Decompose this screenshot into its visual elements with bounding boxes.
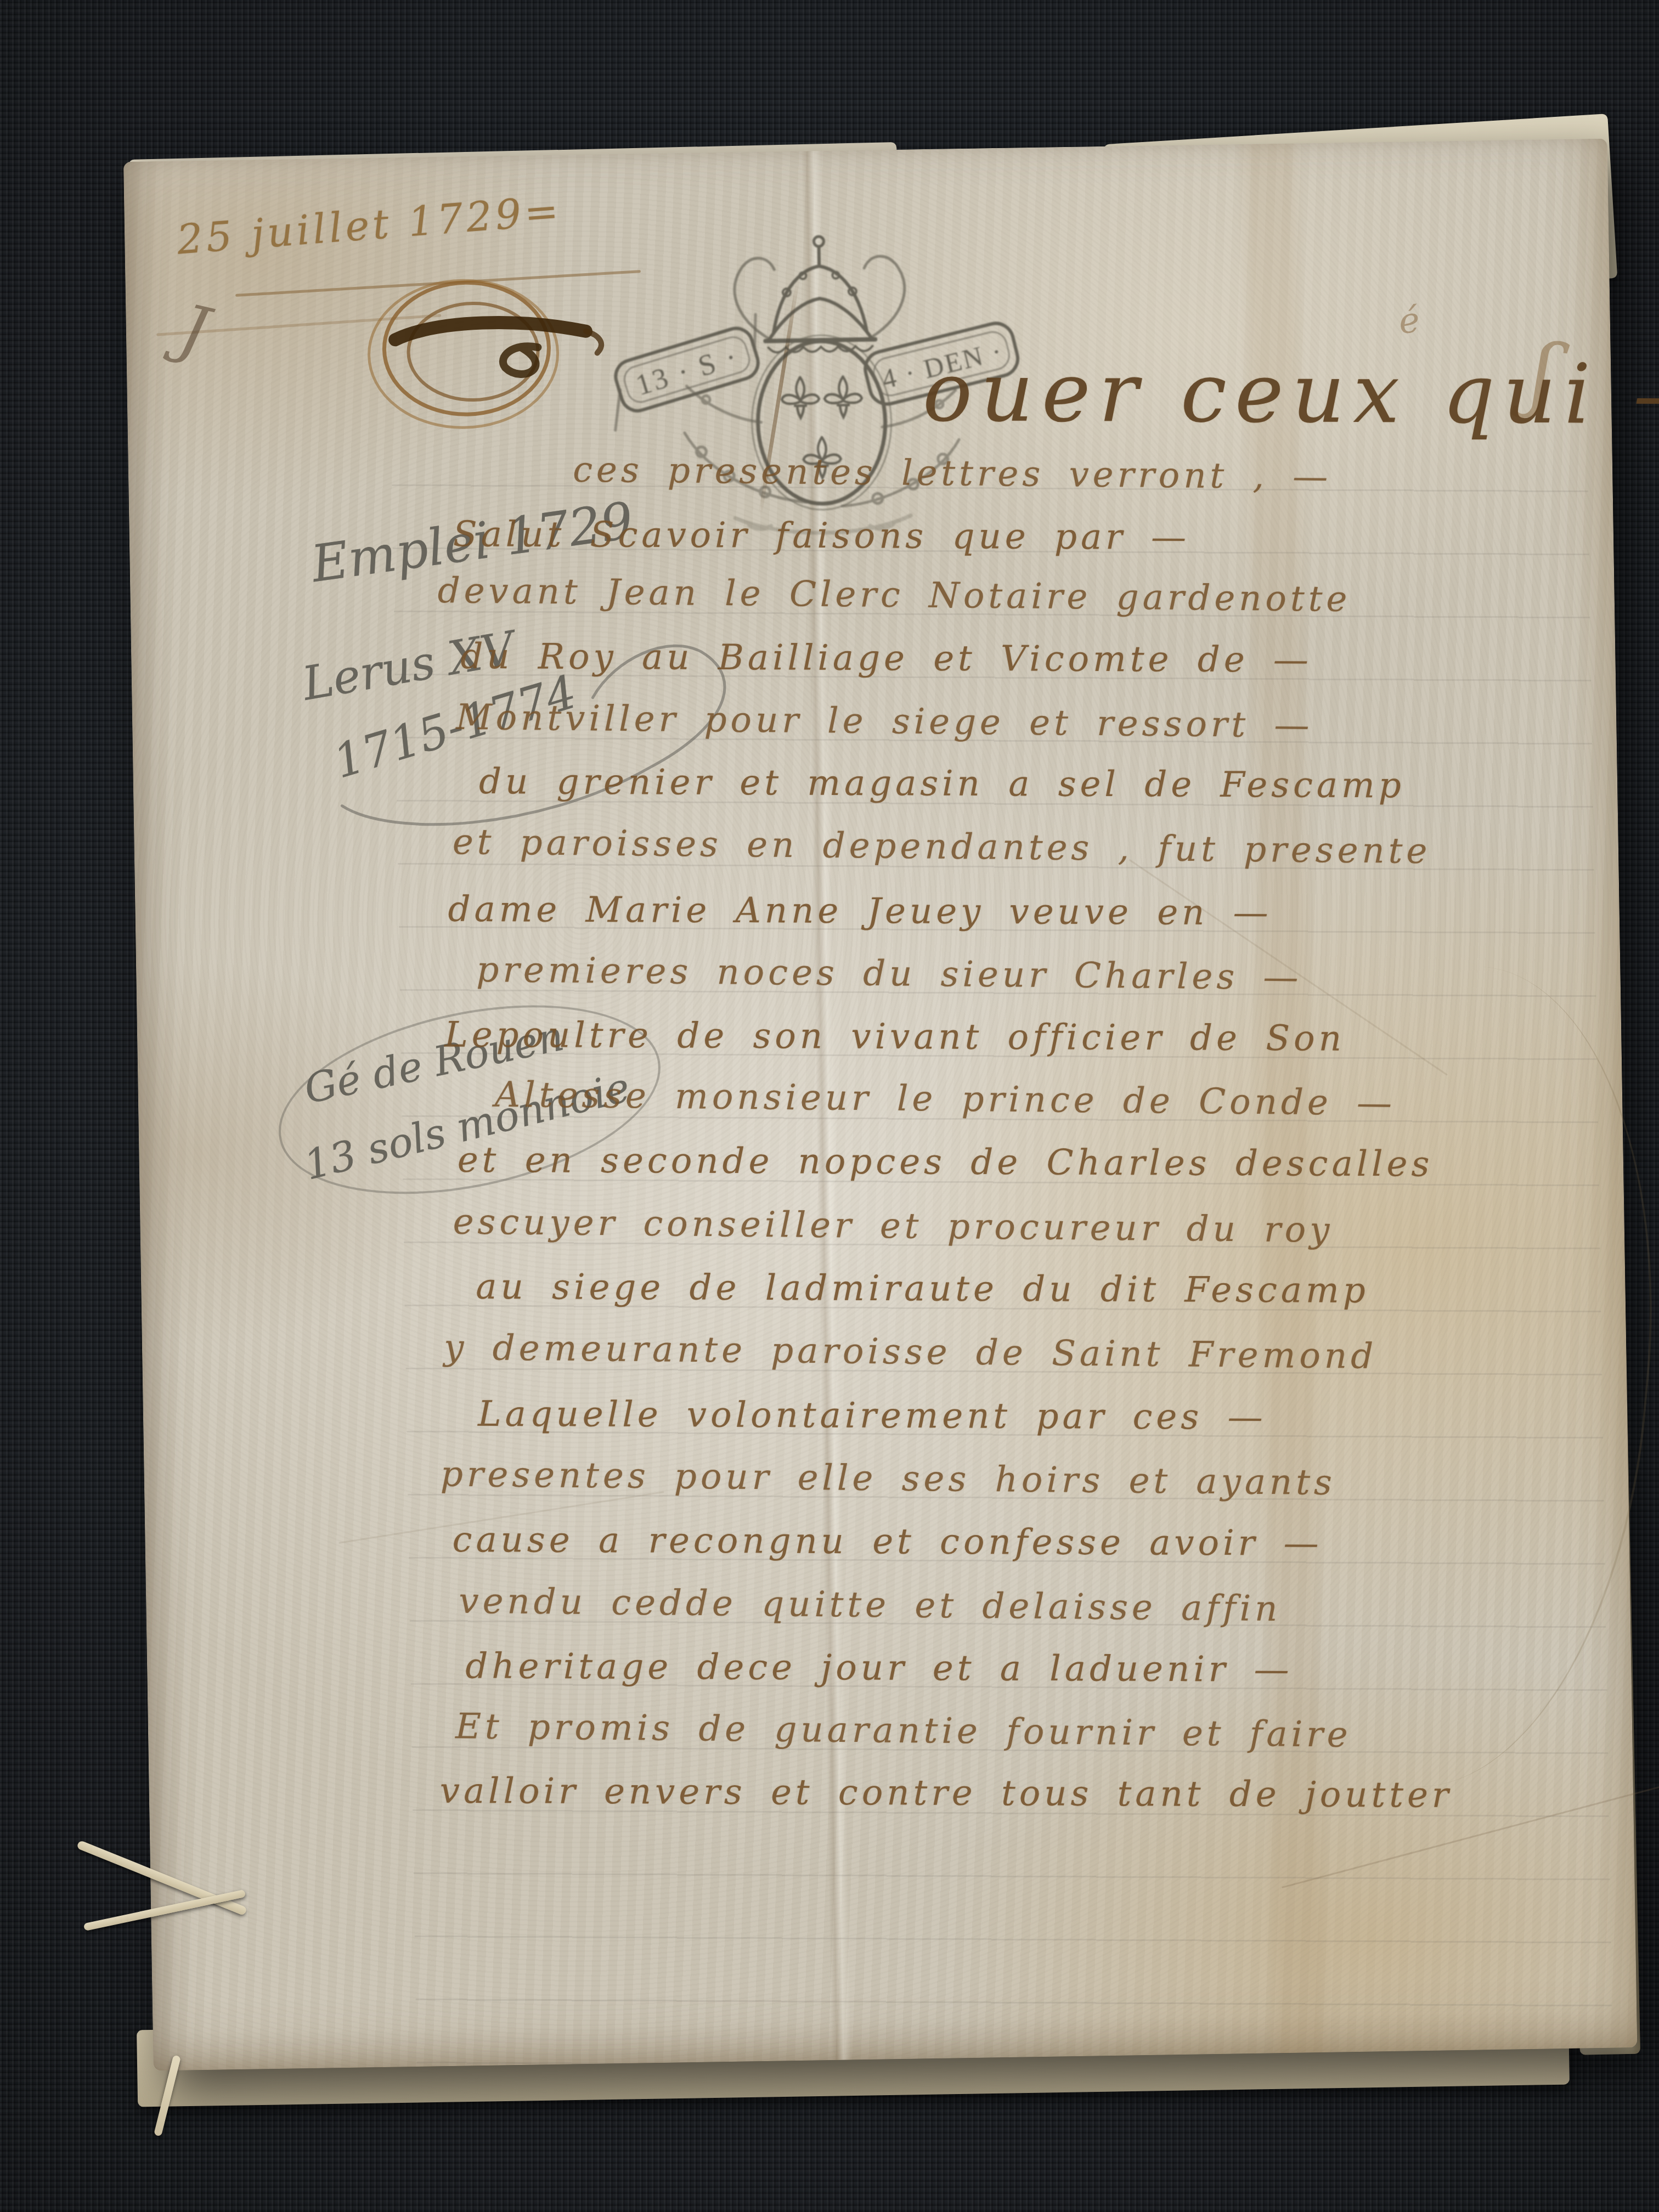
ink-paraph-flourish [356, 264, 616, 438]
manuscript-line: cause a recongnu et confesse avoir — [453, 1520, 1323, 1564]
edge-ink-mark: é [1397, 300, 1421, 342]
manuscript-line: Laquelle volontairement par ces — [478, 1394, 1267, 1438]
manuscript-line: Montviller pour le siege et ressort — [456, 697, 1313, 746]
stamp-ribbon-left: 13 · S · [601, 314, 776, 430]
manuscript-line: du Roy au Bailliage et Vicomte de — [460, 636, 1312, 681]
manuscript-line: vendu cedde quitte et delaisse affin [459, 1581, 1282, 1629]
manuscript-line: Et promis de guarantie fournir et faire [455, 1706, 1352, 1756]
manuscript-line: et en seconde nopces de Charles descalle… [458, 1140, 1434, 1185]
manuscript-line: Altesse monsieur le prince de Conde — [495, 1075, 1396, 1124]
manuscript-line: valloir envers et contre tous tant de jo… [440, 1771, 1453, 1816]
manuscript-line: ces presentes lettres verront , — [573, 450, 1332, 498]
photo-of-manuscript: { "photo": { "background_fabric": "#1a1d… [0, 0, 1659, 2212]
manuscript-opening-line: ouer ceux qui — [923, 345, 1659, 443]
manuscript-line: au siege de ladmiraute du dit Fescamp [476, 1267, 1369, 1311]
date-annotation: 25 juillet 1729= [176, 187, 563, 264]
manuscript-line: escuyer conseiller et procureur du roy [453, 1202, 1333, 1251]
manuscript-line: dame Marie Anne Jeuey veuve en — [448, 889, 1272, 934]
manuscript-line: y demeurante paroisse de Saint Fremond [444, 1328, 1378, 1377]
manuscript-line: premieres noces du sieur Charles — [476, 950, 1302, 998]
parchment-sheet: 25 juillet 1729= J é ʃ [123, 139, 1637, 2071]
stamp-value-sols: 13 · S · [632, 340, 743, 402]
manuscript-line: dheritage dece jour et a laduenir — [465, 1646, 1293, 1690]
manuscript-line: du grenier et magasin a sel de Fescamp [479, 761, 1405, 806]
manuscript-line: presentes pour elle ses hoirs et ayants [441, 1454, 1336, 1504]
manuscript-line: Lepoultre de son vivant officier de Son [444, 1015, 1345, 1059]
manuscript-line: Salut Scavoir faisons que par — [453, 514, 1190, 558]
